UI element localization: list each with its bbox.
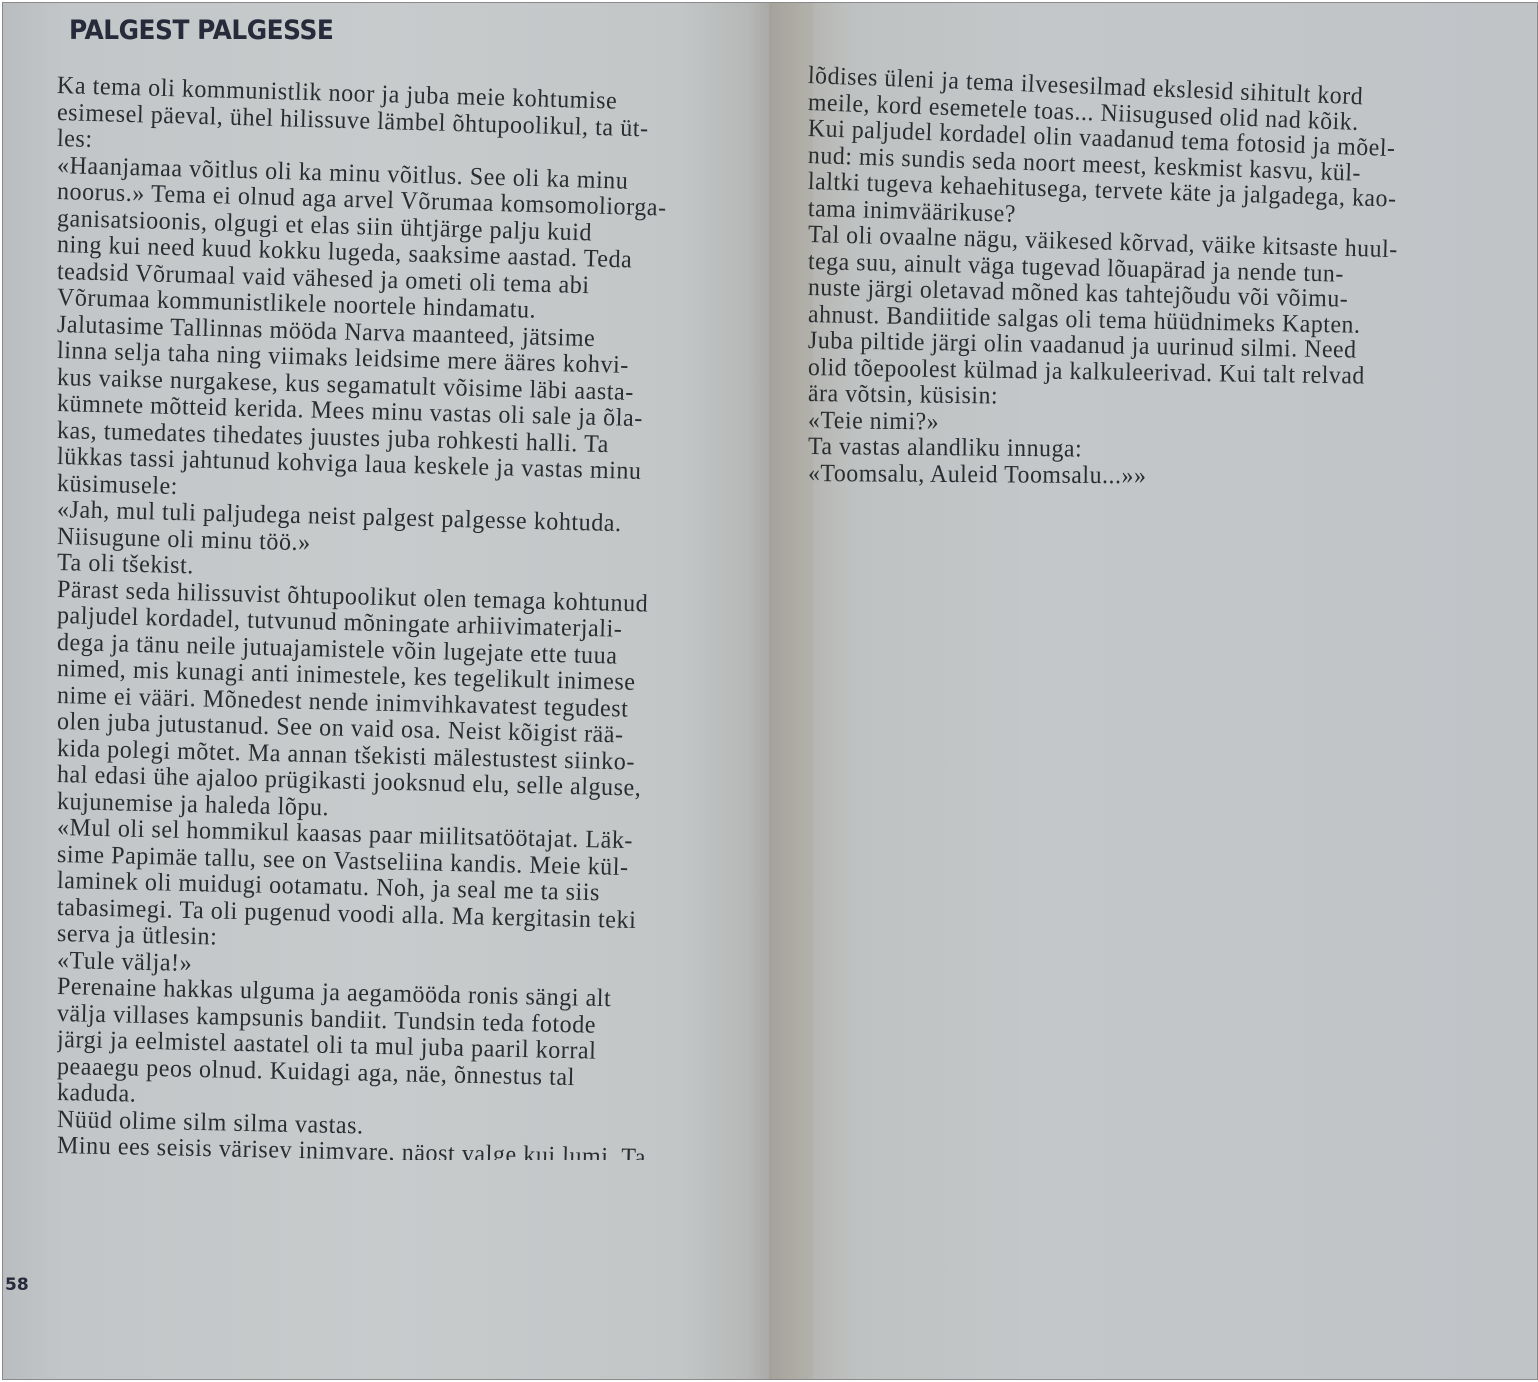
book-gutter	[769, 3, 813, 1379]
page-number: 58	[5, 1275, 29, 1295]
book-spread: PALGEST PALGESSE Ka tema oli kommunistli…	[2, 2, 1538, 1380]
left-page-text: Ka tema oli kommunistlik noor ja juba me…	[57, 73, 772, 1160]
chapter-title: PALGEST PALGESSE	[69, 15, 333, 46]
text-line: «Toomsalu, Auleid Toomsalu...»»	[808, 461, 1473, 492]
right-page-text: lõdises üleni ja tema ilvesesilmad eksle…	[808, 63, 1508, 487]
